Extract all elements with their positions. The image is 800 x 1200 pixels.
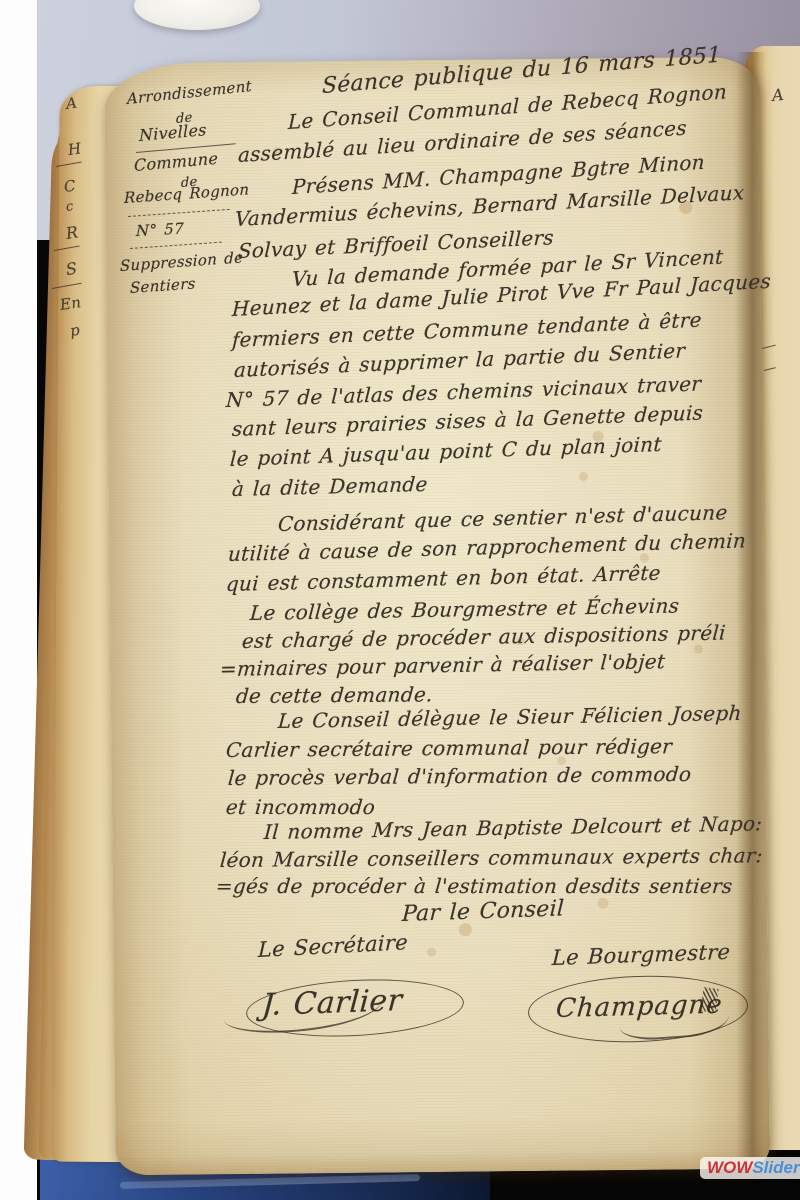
wow-label: WOW [707,1158,752,1177]
edge-fragment: A [771,85,785,105]
gutter-shadow [736,52,766,1158]
manuscript-line: de cette demande. [235,682,434,708]
manuscript-line: et incommodo [225,795,376,819]
slider-label: Slider [752,1158,799,1177]
manuscript-line: le procès verbal d'information de commod… [227,762,692,790]
edge-fragment: C [63,176,77,195]
edge-fragment: A [65,94,79,113]
edge-fragment: En [59,293,83,314]
edge-fragment: c [65,199,75,215]
photo-of-manuscript: A H C c R S En p A Arrondissement de Niv… [0,0,800,1200]
edge-fragment: H [67,139,83,159]
manuscript-line: léon Marsille conseillers communaux expe… [219,843,764,872]
edge-fragment: R [65,222,80,243]
wowslider-watermark[interactable]: WOWSlider [700,1157,800,1179]
margin-note: N° 57 [136,219,184,240]
manuscript-line: =gés de procéder à l'estimation desdits … [215,874,734,898]
manuscript-line: Carlier secrétaire communal pour rédiger [225,734,673,762]
